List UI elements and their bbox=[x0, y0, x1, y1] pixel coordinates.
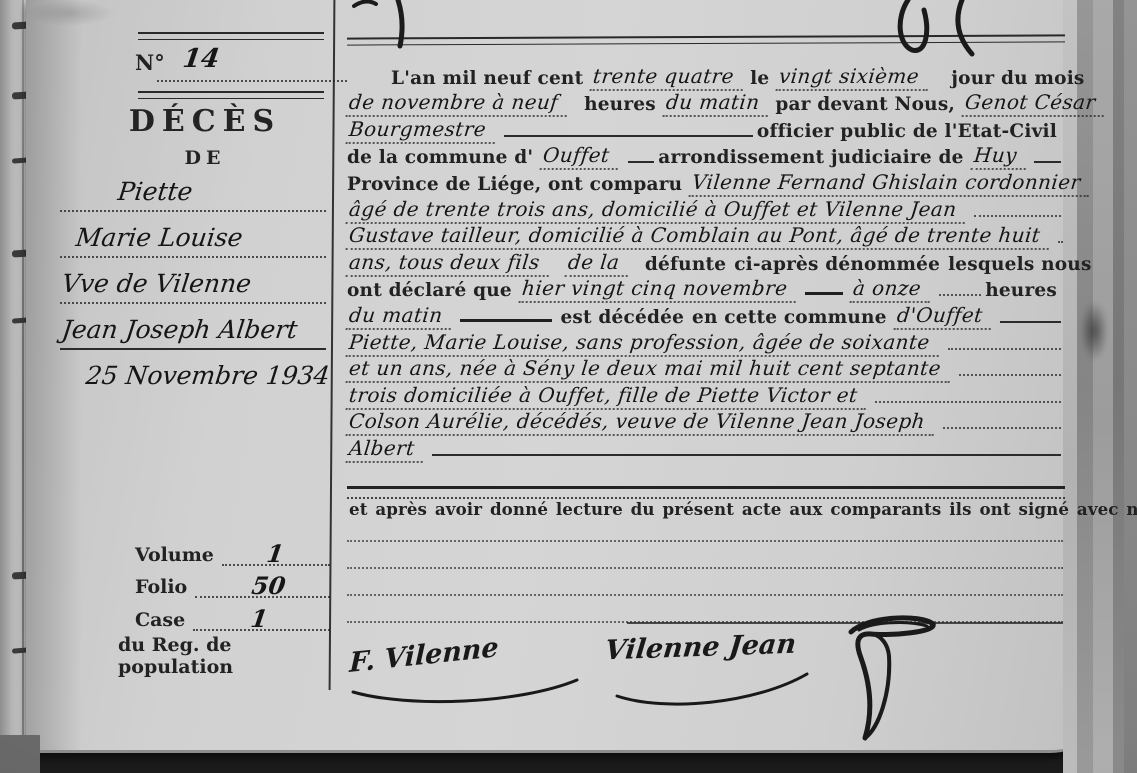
deceased-name-line: Jean Joseph Albert bbox=[60, 304, 326, 350]
handwritten-text: Piette, Marie Louise, sans profession, â… bbox=[346, 330, 941, 357]
act-text-line: trois domiciliée à Ouffet, fille de Piet… bbox=[347, 383, 1065, 410]
act-text-line: Colson Aurélie, décédés, veuve de Vilenn… bbox=[347, 410, 1065, 437]
folio-value: 50 bbox=[250, 571, 287, 600]
printed-text: L'an mil neuf cent bbox=[391, 67, 583, 91]
volume-label: Volume bbox=[135, 544, 214, 566]
ruled-fill-line bbox=[948, 348, 1061, 350]
printed-text: est décédée bbox=[560, 306, 684, 330]
handwritten-text: Marie Louise bbox=[74, 223, 244, 252]
handwritten-text: ans, tous deux fils bbox=[346, 250, 551, 277]
handwritten-text: Albert bbox=[346, 436, 426, 463]
ruled-fill-line bbox=[432, 454, 1061, 456]
blank-ruled-line bbox=[347, 540, 1063, 542]
act-text-line: Gustave tailleur, domicilié à Comblain a… bbox=[347, 224, 1065, 251]
act-text-line: ont déclaré quehier vingt cinq novembreà… bbox=[347, 277, 1065, 304]
printed-text: ont déclaré que bbox=[347, 279, 512, 303]
handwritten-text: d'Ouffet bbox=[893, 303, 993, 330]
folio-row: Folio 50 bbox=[135, 568, 330, 598]
act-number-label: N° bbox=[135, 50, 165, 75]
act-number-row: N° 14 bbox=[135, 50, 325, 82]
act-number-value: 14 bbox=[181, 44, 221, 74]
printed-text: arrondissement judiciaire de bbox=[658, 146, 963, 170]
printed-text: le bbox=[750, 67, 769, 91]
deceased-name-line: Piette bbox=[60, 166, 326, 212]
ruled-fill-line bbox=[504, 135, 753, 137]
handwritten-text: Huy bbox=[970, 143, 1028, 170]
table-surface-patch bbox=[0, 735, 40, 773]
handwritten-text: de la bbox=[564, 250, 630, 277]
handwritten-text: du matin bbox=[662, 90, 770, 117]
handwritten-text: Vilenne Fernand Ghislain cordonnier bbox=[689, 170, 1092, 197]
act-number-underline bbox=[157, 80, 347, 82]
margin-header-rule bbox=[138, 91, 324, 99]
printed-text: jour du mois bbox=[951, 67, 1084, 91]
signature-scrawl-strokes bbox=[829, 612, 959, 747]
printed-text: défunte bbox=[645, 253, 726, 277]
binding-seam bbox=[22, 0, 24, 750]
edge-smudge bbox=[1074, 288, 1114, 374]
act-text-line: Albert bbox=[347, 436, 1065, 463]
deceased-name-line: 25 Novembre 1934 bbox=[60, 350, 326, 394]
deceased-identity-block: PietteMarie LouiseVve de VilenneJean Jos… bbox=[60, 166, 326, 394]
act-text-line: L'an mil neuf centtrente quatrelevingt s… bbox=[347, 64, 1065, 91]
handwritten-text: hier vingt cinq novembre bbox=[518, 276, 798, 303]
printed-text: heures bbox=[985, 279, 1057, 303]
signature-flourish bbox=[349, 676, 584, 710]
handwritten-text: Colson Aurélie, décédés, veuve de Vilenn… bbox=[346, 409, 937, 436]
population-register-note: du Reg. de population bbox=[118, 634, 332, 678]
pen-dash bbox=[460, 319, 552, 322]
handwritten-text: vingt sixième bbox=[776, 64, 931, 91]
blank-ruled-line bbox=[347, 594, 1063, 596]
signature-officer-scrawl bbox=[829, 612, 959, 747]
act-text-line: ans, tous deux filsde ladéfunteci-après … bbox=[347, 250, 1065, 277]
case-label: Case bbox=[135, 609, 185, 631]
handwritten-text: Genot César bbox=[962, 90, 1107, 117]
case-value: 1 bbox=[249, 604, 270, 633]
signature-first-declarant: F. Vilenne bbox=[349, 640, 579, 712]
printed-text: par devant Nous, bbox=[775, 93, 955, 117]
printed-text: de la commune d' bbox=[347, 146, 533, 170]
death-register-scan: N° 14 DÉCÈS DE PietteMarie LouiseVve de … bbox=[0, 0, 1137, 773]
act-text-line: Piette, Marie Louise, sans profession, â… bbox=[347, 330, 1065, 357]
volume-row: Volume 1 bbox=[135, 536, 330, 566]
act-text-line: et un ans, née à Sény le deux mai mil hu… bbox=[347, 357, 1065, 384]
ruled-fill-line bbox=[1034, 161, 1061, 163]
folio-leader-line: 50 bbox=[195, 570, 330, 598]
margin-top-rule bbox=[138, 32, 324, 40]
margin-column: N° 14 DÉCÈS DE PietteMarie LouiseVve de … bbox=[60, 0, 332, 720]
ruled-fill-line bbox=[628, 161, 655, 163]
handwritten-text: de novembre à neuf bbox=[346, 90, 570, 117]
ruled-fill-line bbox=[875, 401, 1061, 403]
handwritten-text: Jean Joseph Albert bbox=[60, 315, 299, 344]
folio-label: Folio bbox=[135, 576, 187, 598]
ruled-fill-line bbox=[959, 374, 1061, 376]
case-row: Case 1 bbox=[135, 601, 330, 631]
handwritten-text: âgé de trente trois ans, domicilié à Ouf… bbox=[346, 197, 968, 224]
page-edge-strip bbox=[1113, 0, 1124, 773]
printed-text: en cette commune bbox=[692, 306, 887, 330]
printed-text: officier public de l'Etat-Civil bbox=[757, 120, 1057, 144]
ruled-fill-line bbox=[1000, 321, 1061, 323]
act-text-block: L'an mil neuf centtrente quatrelevingt s… bbox=[347, 64, 1065, 463]
pen-dash bbox=[805, 292, 843, 295]
act-text-line: de novembre à neufheuresdu matinpar deva… bbox=[347, 91, 1065, 118]
volume-value: 1 bbox=[265, 539, 286, 568]
printed-text: Province de Liége, ont comparu bbox=[347, 173, 682, 197]
act-body-column: L'an mil neuf centtrente quatrelevingt s… bbox=[347, 0, 1065, 752]
printed-text: heures bbox=[584, 93, 656, 117]
ruled-fill-line bbox=[974, 215, 1061, 217]
closing-divider-rule bbox=[347, 486, 1065, 499]
ruled-fill-line bbox=[943, 427, 1061, 429]
signature-text: Vilenne Jean bbox=[603, 629, 797, 667]
act-text-line: âgé de trente trois ans, domicilié à Ouf… bbox=[347, 197, 1065, 224]
handwritten-text: Piette bbox=[116, 177, 194, 206]
handwritten-text: Ouffet bbox=[540, 143, 621, 170]
case-leader-line: 1 bbox=[193, 603, 330, 631]
handwritten-text: et un ans, née à Sény le deux mai mil hu… bbox=[346, 356, 953, 383]
signature-flourish bbox=[605, 668, 815, 708]
margin-title: DÉCÈS bbox=[90, 104, 320, 139]
act-text-line: de la commune d'Ouffetarrondissement jud… bbox=[347, 144, 1065, 171]
printed-text: ci-après dénommée bbox=[734, 253, 940, 277]
act-text-line: Bourgmestreofficier public de l'Etat-Civ… bbox=[347, 117, 1065, 144]
page-edge-strip bbox=[1124, 0, 1137, 773]
signature-text: F. Vilenne bbox=[349, 632, 499, 679]
handwritten-text: Gustave tailleur, domicilié à Comblain a… bbox=[346, 223, 1052, 250]
volume-leader-line: 1 bbox=[222, 538, 330, 566]
blank-ruled-line bbox=[347, 567, 1063, 569]
ruled-fill-line bbox=[939, 294, 981, 296]
act-top-rule bbox=[347, 34, 1065, 45]
signature-second-declarant: Vilenne Jean bbox=[605, 632, 820, 710]
handwritten-text: trente quatre bbox=[590, 64, 746, 91]
handwritten-text: du matin bbox=[346, 303, 454, 330]
printed-text: lesquels nous bbox=[948, 253, 1092, 277]
handwritten-text: Vve de Vilenne bbox=[60, 269, 253, 298]
act-text-line: du matinest décédéeen cette communed'Ouf… bbox=[347, 303, 1065, 330]
deceased-name-line: Marie Louise bbox=[60, 212, 326, 258]
handwritten-text: à onze bbox=[850, 276, 933, 303]
handwritten-text: 25 Novembre 1934 bbox=[84, 361, 331, 390]
act-text-line: Province de Liége, ont comparuVilenne Fe… bbox=[347, 170, 1065, 197]
closing-clause: et après avoir donné lecture du présent … bbox=[349, 500, 1137, 520]
handwritten-text: Bourgmestre bbox=[346, 117, 498, 144]
deceased-name-line: Vve de Vilenne bbox=[60, 258, 326, 304]
handwritten-text: trois domiciliée à Ouffet, fille de Piet… bbox=[346, 383, 869, 410]
ruled-fill-line bbox=[1058, 241, 1061, 243]
